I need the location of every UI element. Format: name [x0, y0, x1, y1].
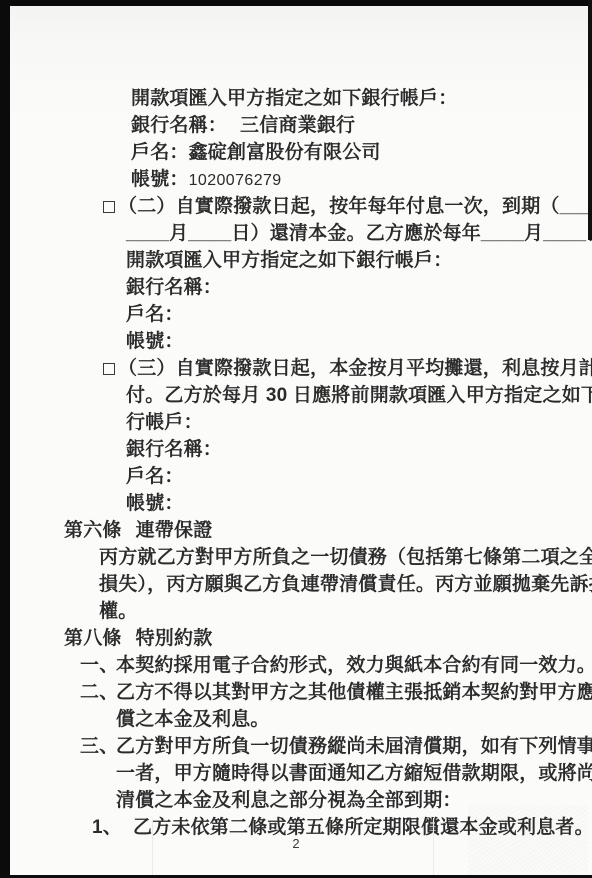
bank-name-label: 銀行名稱： — [131, 115, 227, 136]
article6-body-line: 丙方就乙方對甲方所負之一切債務（包括第七條第二項之全部 — [0, 544, 592, 571]
account-number-value: 1020076279 — [189, 172, 282, 189]
scan-seam-artifact — [433, 818, 434, 875]
scan-border-left — [0, 0, 10, 878]
account-number-label: 帳號： — [131, 169, 189, 190]
option2-bank-name-label: 銀行名稱： — [0, 274, 592, 301]
item3-text: 乙方對甲方所負一切債務縱尚未屆清償期，如有下列情事之 — [116, 733, 592, 760]
option3-cont-line: 行帳戶： — [0, 409, 592, 436]
option3-head-line: （三）自實際撥款日起，本金按月平均攤還，利息按月計 — [0, 355, 592, 382]
option3-bank-name-text: 銀行名稱： — [126, 439, 222, 460]
item1-text: 本契約採用電子合約形式，效力與紙本合約有同一效力。 — [116, 652, 592, 679]
option3-cont-text: 行帳戶： — [126, 412, 203, 433]
article8-item3-cont-line: 一者，甲方隨時得以書面通知乙方縮短借款期限，或將尚未 — [0, 760, 592, 787]
option2-holder-label: 戶名： — [0, 301, 592, 328]
option2-cont-line: 開款項匯入甲方指定之如下銀行帳戶： — [0, 247, 592, 274]
option3-account-label: 帳號： — [0, 490, 592, 517]
article6-body-text: 權。 — [99, 601, 137, 622]
account-holder-label: 戶名： — [131, 142, 189, 163]
option3-head-text: （三）自實際撥款日起，本金按月平均攤還，利息按月計 — [118, 355, 592, 382]
item2-text: 乙方不得以其對甲方之其他債權主張抵銷本契約對甲方應清 — [116, 679, 592, 706]
article6-number: 第六條 — [64, 520, 122, 541]
scan-noise-artifact — [468, 805, 588, 875]
checkbox-unchecked-icon — [103, 201, 115, 213]
scanned-contract-page: 開款項匯入甲方指定之如下銀行帳戶： 銀行名稱：三信商業銀行 戶名：鑫碇創富股份有… — [0, 0, 592, 878]
article8-number: 第八條 — [64, 628, 122, 649]
scan-border-top — [0, 0, 592, 6]
article6-title: 連帶保證 — [136, 520, 213, 541]
article8-title: 特別約款 — [136, 628, 213, 649]
transfer-instruction-line: 開款項匯入甲方指定之如下銀行帳戶： — [0, 85, 592, 112]
article8-title-line: 第八條特別約款 — [0, 625, 592, 652]
option2-cont-line: ____月____日）還清本金。乙方應於每年____月____日將前 — [0, 220, 592, 247]
item1-number: 一、 — [80, 652, 116, 679]
bank-name-value: 三信商業銀行 — [240, 115, 355, 136]
option3-account-text: 帳號： — [126, 493, 184, 514]
option2-head-line: （二）自實際撥款日起，按年每年付息一次，到期（____年 — [0, 193, 592, 220]
option3-holder-label: 戶名： — [0, 463, 592, 490]
option2-account-text: 帳號： — [126, 331, 184, 352]
checkbox-unchecked-icon — [103, 363, 115, 375]
article8-item3-line: 三、乙方對甲方所負一切債務縱尚未屆清償期，如有下列情事之 — [0, 733, 592, 760]
option2-cont-text: ____月____日）還清本金。乙方應於每年____月____日將前 — [126, 223, 592, 244]
article6-body-text: 損失），丙方願與乙方負連帶清償責任。丙方並願拋棄先訴抗辯 — [99, 574, 592, 595]
bank-name-line: 銀行名稱：三信商業銀行 — [0, 112, 592, 139]
article6-body-line: 損失），丙方願與乙方負連帶清償責任。丙方並願拋棄先訴抗辯 — [0, 571, 592, 598]
scan-seam-artifact — [152, 818, 153, 875]
article8-item2-line: 二、乙方不得以其對甲方之其他債權主張抵銷本契約對甲方應清 — [0, 679, 592, 706]
scan-border-right — [588, 0, 592, 240]
contract-body: 開款項匯入甲方指定之如下銀行帳戶： 銀行名稱：三信商業銀行 戶名：鑫碇創富股份有… — [0, 0, 592, 841]
account-holder-line: 戶名：鑫碇創富股份有限公司 — [0, 139, 592, 166]
item3-cont-text: 清償之本金及利息之部分視為全部到期： — [116, 790, 462, 811]
item2-cont-text: 償之本金及利息。 — [116, 709, 270, 730]
option2-account-label: 帳號： — [0, 328, 592, 355]
item3-number: 三、 — [80, 733, 116, 760]
account-number-line: 帳號：1020076279 — [0, 166, 592, 193]
option3-cont-line: 付。乙方於每月 30 日應將前開款項匯入甲方指定之如下銀 — [0, 382, 592, 409]
option3-bank-name-label: 銀行名稱： — [0, 436, 592, 463]
option2-holder-text: 戶名： — [126, 304, 184, 325]
option3-holder-text: 戶名： — [126, 466, 184, 487]
article6-title-line: 第六條連帶保證 — [0, 517, 592, 544]
article6-body-line: 權。 — [0, 598, 592, 625]
option2-head-text: （二）自實際撥款日起，按年每年付息一次，到期（____年 — [118, 193, 592, 220]
item2-number: 二、 — [80, 679, 116, 706]
article8-item1-line: 一、本契約採用電子合約形式，效力與紙本合約有同一效力。 — [0, 652, 592, 679]
article6-body-text: 丙方就乙方對甲方所負之一切債務（包括第七條第二項之全部 — [99, 547, 592, 568]
item3-cont-text: 一者，甲方隨時得以書面通知乙方縮短借款期限，或將尚未 — [116, 763, 592, 784]
option2-cont-text: 開款項匯入甲方指定之如下銀行帳戶： — [126, 250, 452, 271]
account-holder-value: 鑫碇創富股份有限公司 — [189, 142, 381, 163]
option3-cont-text: 付。乙方於每月 30 日應將前開款項匯入甲方指定之如下銀 — [126, 385, 592, 406]
transfer-instruction-text: 開款項匯入甲方指定之如下銀行帳戶： — [131, 88, 457, 109]
option2-bank-name-text: 銀行名稱： — [126, 277, 222, 298]
article8-item2-cont-line: 償之本金及利息。 — [0, 706, 592, 733]
